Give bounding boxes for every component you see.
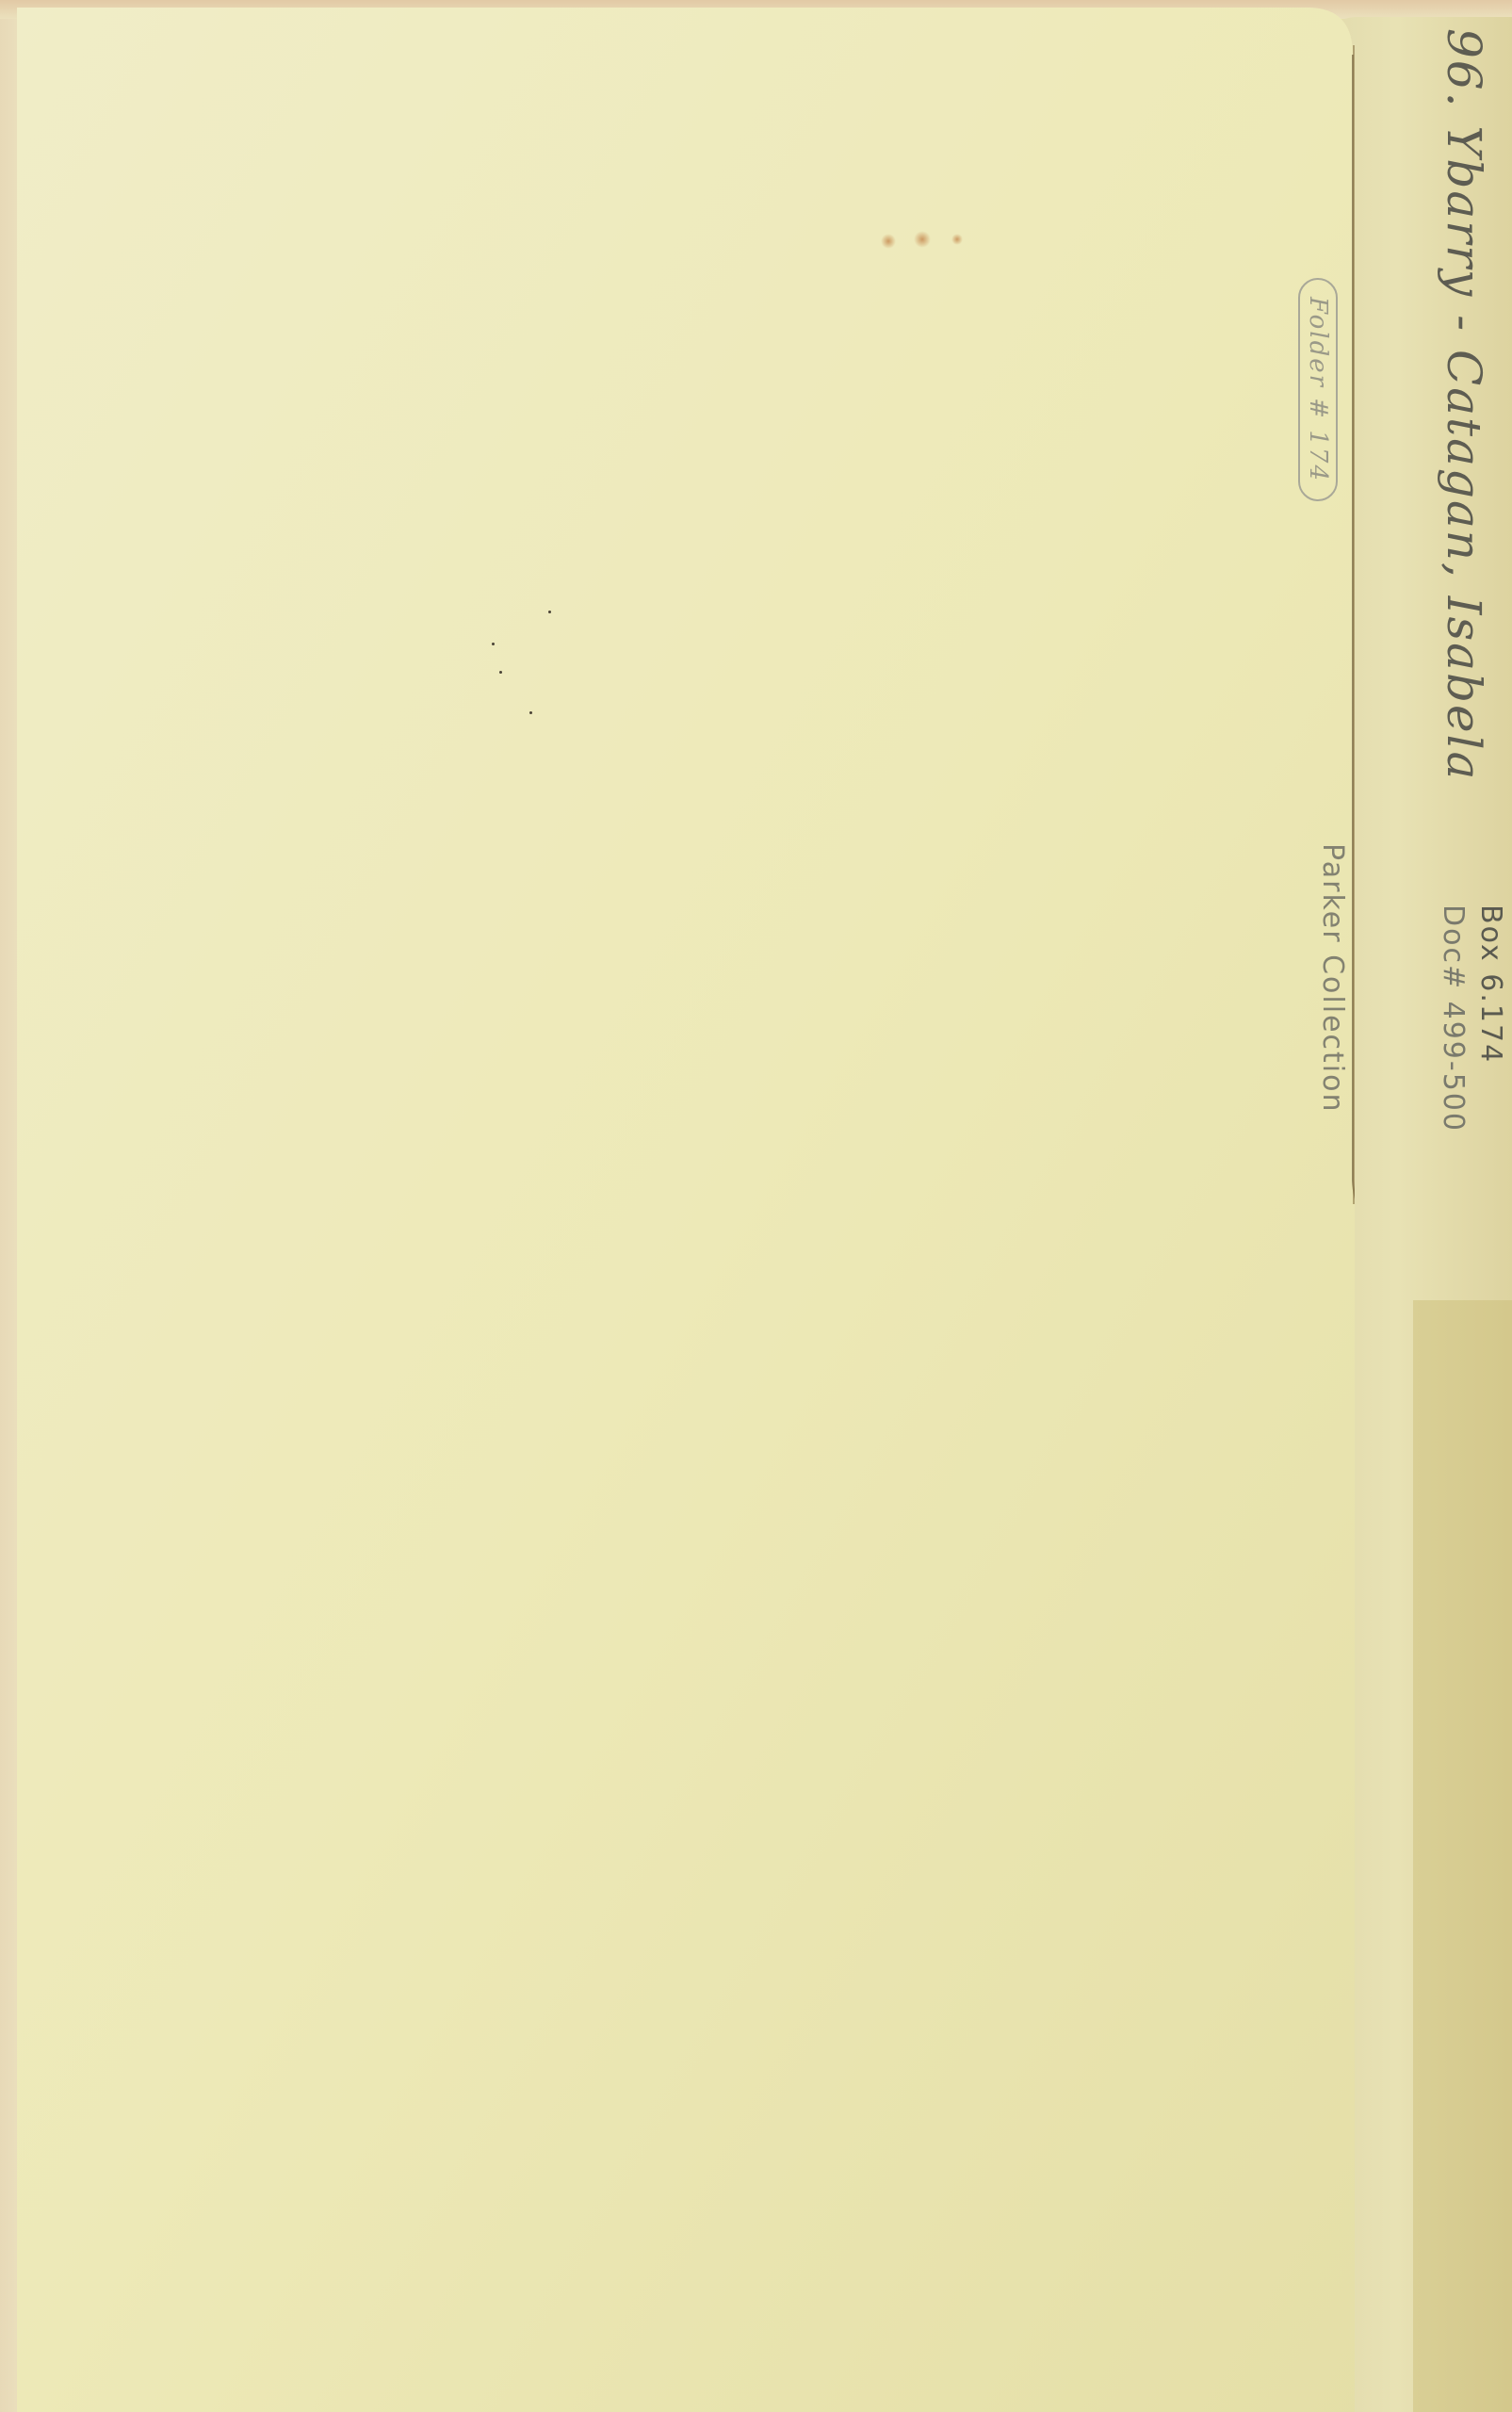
back-folder-lower-edge	[1413, 1300, 1512, 2412]
folder-photo: 96. Ybarry - Catagan, Isabela Box 6.174 …	[0, 0, 1512, 2412]
speck-mark	[548, 611, 551, 613]
box-number: Box 6.174	[1474, 904, 1507, 1064]
speck-mark	[499, 671, 502, 674]
front-folder-cover	[17, 8, 1355, 2412]
folder-number: Folder # 174	[1298, 278, 1338, 501]
stain-mark	[881, 234, 896, 249]
speck-mark	[492, 643, 495, 645]
document-range: Doc# 499-500	[1437, 904, 1470, 1133]
tab-label: 96. Ybarry - Catagan, Isabela	[1437, 28, 1491, 781]
collection-name: Parker Collection	[1316, 843, 1349, 1113]
stain-mark	[914, 231, 931, 248]
speck-mark	[529, 711, 532, 714]
stain-mark	[951, 234, 963, 245]
folder-cover-shape	[17, 8, 1355, 2412]
